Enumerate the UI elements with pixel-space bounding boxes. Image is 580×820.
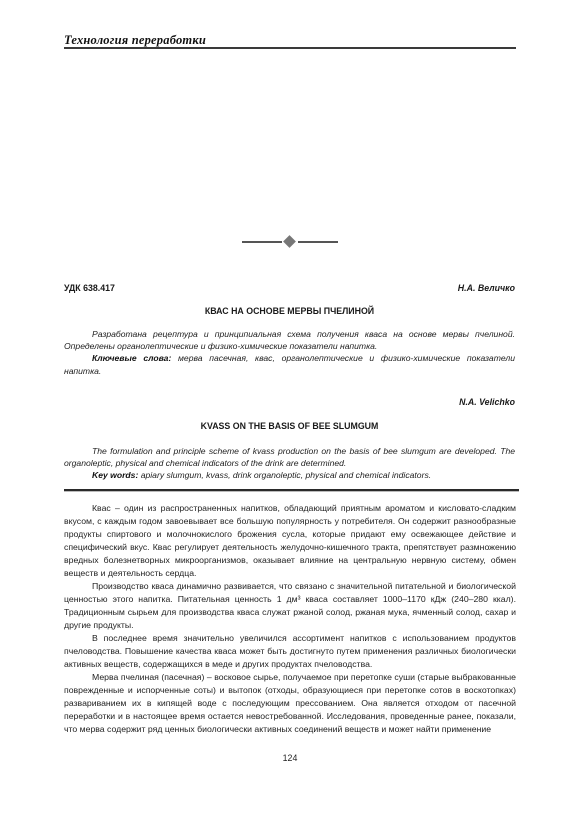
body-paragraph: Квас – один из распространенных напитков…: [64, 502, 516, 580]
article-title-ru: КВАС НА ОСНОВЕ МЕРВЫ ПЧЕЛИНОЙ: [64, 306, 515, 316]
author-en: N.A. Velichko: [459, 397, 515, 407]
divider-line-left: [242, 241, 282, 243]
keywords-ru-label: Ключевые слова:: [92, 353, 171, 363]
keywords-en-list: apiary slumgum, kvass, drink organolepti…: [138, 470, 431, 480]
keywords-en-label: Key words:: [92, 470, 138, 480]
abstract-ru: Разработана рецептура и принципиальная с…: [64, 328, 515, 377]
page-number: 124: [0, 753, 580, 763]
keywords-en: Key words: apiary slumgum, kvass, drink …: [64, 469, 515, 481]
diamond-divider-icon: [242, 235, 338, 249]
body-paragraph: Производство кваса динамично развивается…: [64, 580, 516, 632]
abstract-en-text: The formulation and principle scheme of …: [64, 445, 515, 469]
diamond-icon: [283, 235, 296, 248]
article-title-en: KVASS ON THE BASIS OF BEE SLUMGUM: [64, 421, 515, 431]
udk-code: УДК 638.417: [64, 283, 115, 293]
abstract-en: The formulation and principle scheme of …: [64, 445, 515, 482]
running-head: Технология переработки: [64, 33, 516, 48]
abstract-ru-text: Разработана рецептура и принципиальная с…: [64, 328, 515, 352]
author-ru: Н.А. Величко: [458, 283, 515, 293]
header-rule: [64, 47, 516, 49]
divider-line-right: [298, 241, 338, 243]
section-separator: [64, 489, 519, 491]
body-paragraph: В последнее время значительно увеличился…: [64, 632, 516, 671]
body-paragraph: Мерва пчелиная (пасечная) – восковое сыр…: [64, 671, 516, 736]
keywords-ru: Ключевые слова: мерва пасечная, квас, ор…: [64, 352, 515, 376]
body-text: Квас – один из распространенных напитков…: [64, 502, 516, 736]
